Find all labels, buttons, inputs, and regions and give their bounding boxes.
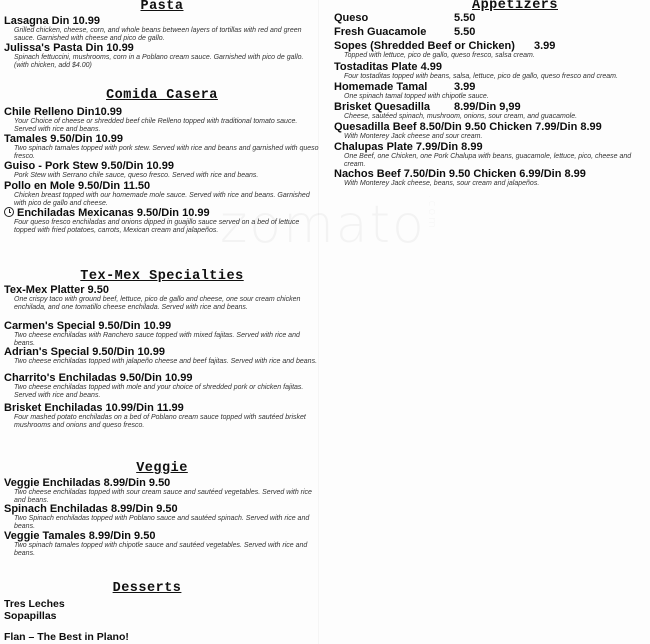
menu-item: Sopes (Shredded Beef or Chicken) 3.99 To… [334,40,646,60]
item-name: Tamales 9.50/Din 10.99 [4,133,320,145]
item-description: Chicken breast topped with our homemade … [4,192,320,208]
menu-item: Lasagna Din 10.99 Grilled chicken, chees… [4,15,320,43]
item-name: Veggie Tamales 8.99/Din 9.50 [4,530,320,542]
item-name: Sopapillas [4,610,320,622]
menu-page: zomato.com Pasta Lasagna Din 10.99 Grill… [0,0,650,644]
item-name: Sopes (Shredded Beef or Chicken) [334,40,534,52]
item-name: Tostaditas Plate 4.99 [334,61,646,73]
item-name: Pollo en Mole 9.50/Din 11.50 [4,180,320,192]
clock-icon [4,207,14,217]
item-description: Topped with lettuce, pico de gallo, ques… [334,52,646,60]
menu-item: Charrito's Enchiladas 9.50/Din 10.99 Two… [4,372,320,400]
item-name: Brisket Quesadilla [334,101,454,113]
menu-item: Spinach Enchiladas 8.99/Din 9.50 Two Spi… [4,503,320,531]
menu-item: Veggie Tamales 8.99/Din 9.50 Two spinach… [4,530,320,558]
item-description: Four tostaditas topped with beans, salsa… [334,73,646,81]
menu-item: Nachos Beef 7.50/Din 9.50 Chicken 6.99/D… [334,168,646,188]
item-name: Charrito's Enchiladas 9.50/Din 10.99 [4,372,320,384]
item-description: Cheese, sautéed spinach, mushroom, onion… [334,113,646,121]
item-price: 5.50 [454,26,475,38]
item-name: Queso [334,12,454,24]
item-description: With Monterey Jack cheese, beans, sour c… [334,180,646,188]
item-name: Lasagna Din 10.99 [4,15,320,27]
menu-item: Fresh Guacamole 5.50 [334,26,646,38]
item-name: Brisket Enchiladas 10.99/Din 11.99 [4,402,320,414]
menu-item: Julissa's Pasta Din 10.99 Spinach fettuc… [4,42,320,70]
menu-item: Tex-Mex Platter 9.50 One crispy taco wit… [4,284,320,312]
item-description: Two spinach tamales topped with chipotle… [4,542,320,558]
item-name: Fresh Guacamole [334,26,454,38]
item-description: One crispy taco with ground beef, lettuc… [4,296,320,312]
menu-item: Brisket Quesadilla 8.99/Din 9,99 Cheese,… [334,101,646,121]
item-name: Veggie Enchiladas 8.99/Din 9.50 [4,477,320,489]
item-row: Brisket Quesadilla 8.99/Din 9,99 [334,101,646,113]
item-description: Two cheese enchiladas topped with jalape… [4,358,320,366]
menu-item: Brisket Enchiladas 10.99/Din 11.99 Four … [4,402,320,430]
item-name: Flan – The Best in Plano! [4,631,320,643]
item-row: Homemade Tamal 3.99 [334,81,646,93]
item-description: One Beef, one Chicken, one Pork Chalupa … [334,153,646,169]
item-name: Nachos Beef 7.50/Din 9.50 Chicken 6.99/D… [334,168,646,180]
section-tex-mex: Tex-Mex Specialties [4,270,320,284]
section-comida-casera: Comida Casera [4,89,320,103]
item-description: One spinach tamal topped with chipotle s… [334,93,646,101]
menu-item: Carmen's Special 9.50/Din 10.99 Two chee… [4,320,320,348]
menu-item: Adrian's Special 9.50/Din 10.99 Two chee… [4,346,320,366]
item-name: Enchiladas Mexicanas 9.50/Din 10.99 [17,207,210,219]
item-description: Two spinach tamales topped with pork ste… [4,145,320,161]
section-veggie: Veggie [4,462,320,476]
menu-item: Queso 5.50 [334,12,646,24]
watermark-suffix: .com [426,195,439,230]
item-row: Fresh Guacamole 5.50 [334,26,646,38]
menu-item: Pollo en Mole 9.50/Din 11.50 Chicken bre… [4,180,320,208]
menu-item: Chile Relleno Din10.99 Your Choice of ch… [4,106,320,134]
menu-item: Quesadilla Beef 8.50/Din 9.50 Chicken 7.… [334,121,646,141]
item-name: Spinach Enchiladas 8.99/Din 9.50 [4,503,320,515]
item-name: Guiso - Pork Stew 9.50/Din 10.99 [4,160,320,172]
section-title-tex-mex: Tex-Mex Specialties [4,270,320,284]
section-title-veggie: Veggie [4,462,320,476]
item-name: Adrian's Special 9.50/Din 10.99 [4,346,320,358]
item-name: Tex-Mex Platter 9.50 [4,284,320,296]
item-description: Grilled chicken, cheese, corn, and whole… [4,27,320,43]
item-description: Two cheese enchiladas topped with mole a… [4,384,320,400]
item-name: Carmen's Special 9.50/Din 10.99 [4,320,320,332]
item-description: With Monterey Jack cheese and sour cream… [334,133,646,141]
menu-item: Tamales 9.50/Din 10.99 Two spinach tamal… [4,133,320,161]
item-name-row: Enchiladas Mexicanas 9.50/Din 10.99 [4,207,320,219]
item-price: 8.99/Din 9,99 [454,101,521,113]
item-description: Spinach fettuccini, mushrooms, corn in a… [4,54,320,70]
section-desserts: Desserts [0,582,320,596]
menu-item: Enchiladas Mexicanas 9.50/Din 10.99 Four… [4,207,320,235]
item-description: Pork Stew with Serrano chile sauce, ques… [4,172,320,180]
item-description: Four mashed potato enchiladas on a bed o… [4,414,320,430]
dessert-item: Sopapillas [4,610,320,622]
menu-item: Guiso - Pork Stew 9.50/Din 10.99 Pork St… [4,160,320,180]
item-name: Tres Leches [4,598,320,610]
menu-item: Chalupas Plate 7.99/Din 8.99 One Beef, o… [334,141,646,169]
item-name: Chile Relleno Din10.99 [4,106,320,118]
item-row: Sopes (Shredded Beef or Chicken) 3.99 [334,40,646,52]
item-name: Chalupas Plate 7.99/Din 8.99 [334,141,646,153]
item-price: 3.99 [534,40,555,52]
menu-item: Veggie Enchiladas 8.99/Din 9.50 Two chee… [4,477,320,505]
menu-item: Tostaditas Plate 4.99 Four tostaditas to… [334,61,646,81]
item-description: Four queso fresco enchiladas and onions … [4,219,320,235]
item-description: Your Choice of cheese or shredded beef c… [4,118,320,134]
item-row: Queso 5.50 [334,12,646,24]
item-name: Julissa's Pasta Din 10.99 [4,42,320,54]
dessert-item: Tres Leches [4,598,320,610]
menu-item: Homemade Tamal 3.99 One spinach tamal to… [334,81,646,101]
section-title-pasta: Pasta [4,0,320,14]
item-price: 5.50 [454,12,475,24]
section-title-desserts: Desserts [0,582,320,596]
item-price: 3.99 [454,81,475,93]
section-title-comida-casera: Comida Casera [4,89,320,103]
item-name: Quesadilla Beef 8.50/Din 9.50 Chicken 7.… [334,121,646,133]
item-name: Homemade Tamal [334,81,454,93]
dessert-item: Flan – The Best in Plano! [4,631,320,643]
item-description: Two Spinach enchiladas topped with Pobla… [4,515,320,531]
section-pasta: Pasta [4,0,320,14]
